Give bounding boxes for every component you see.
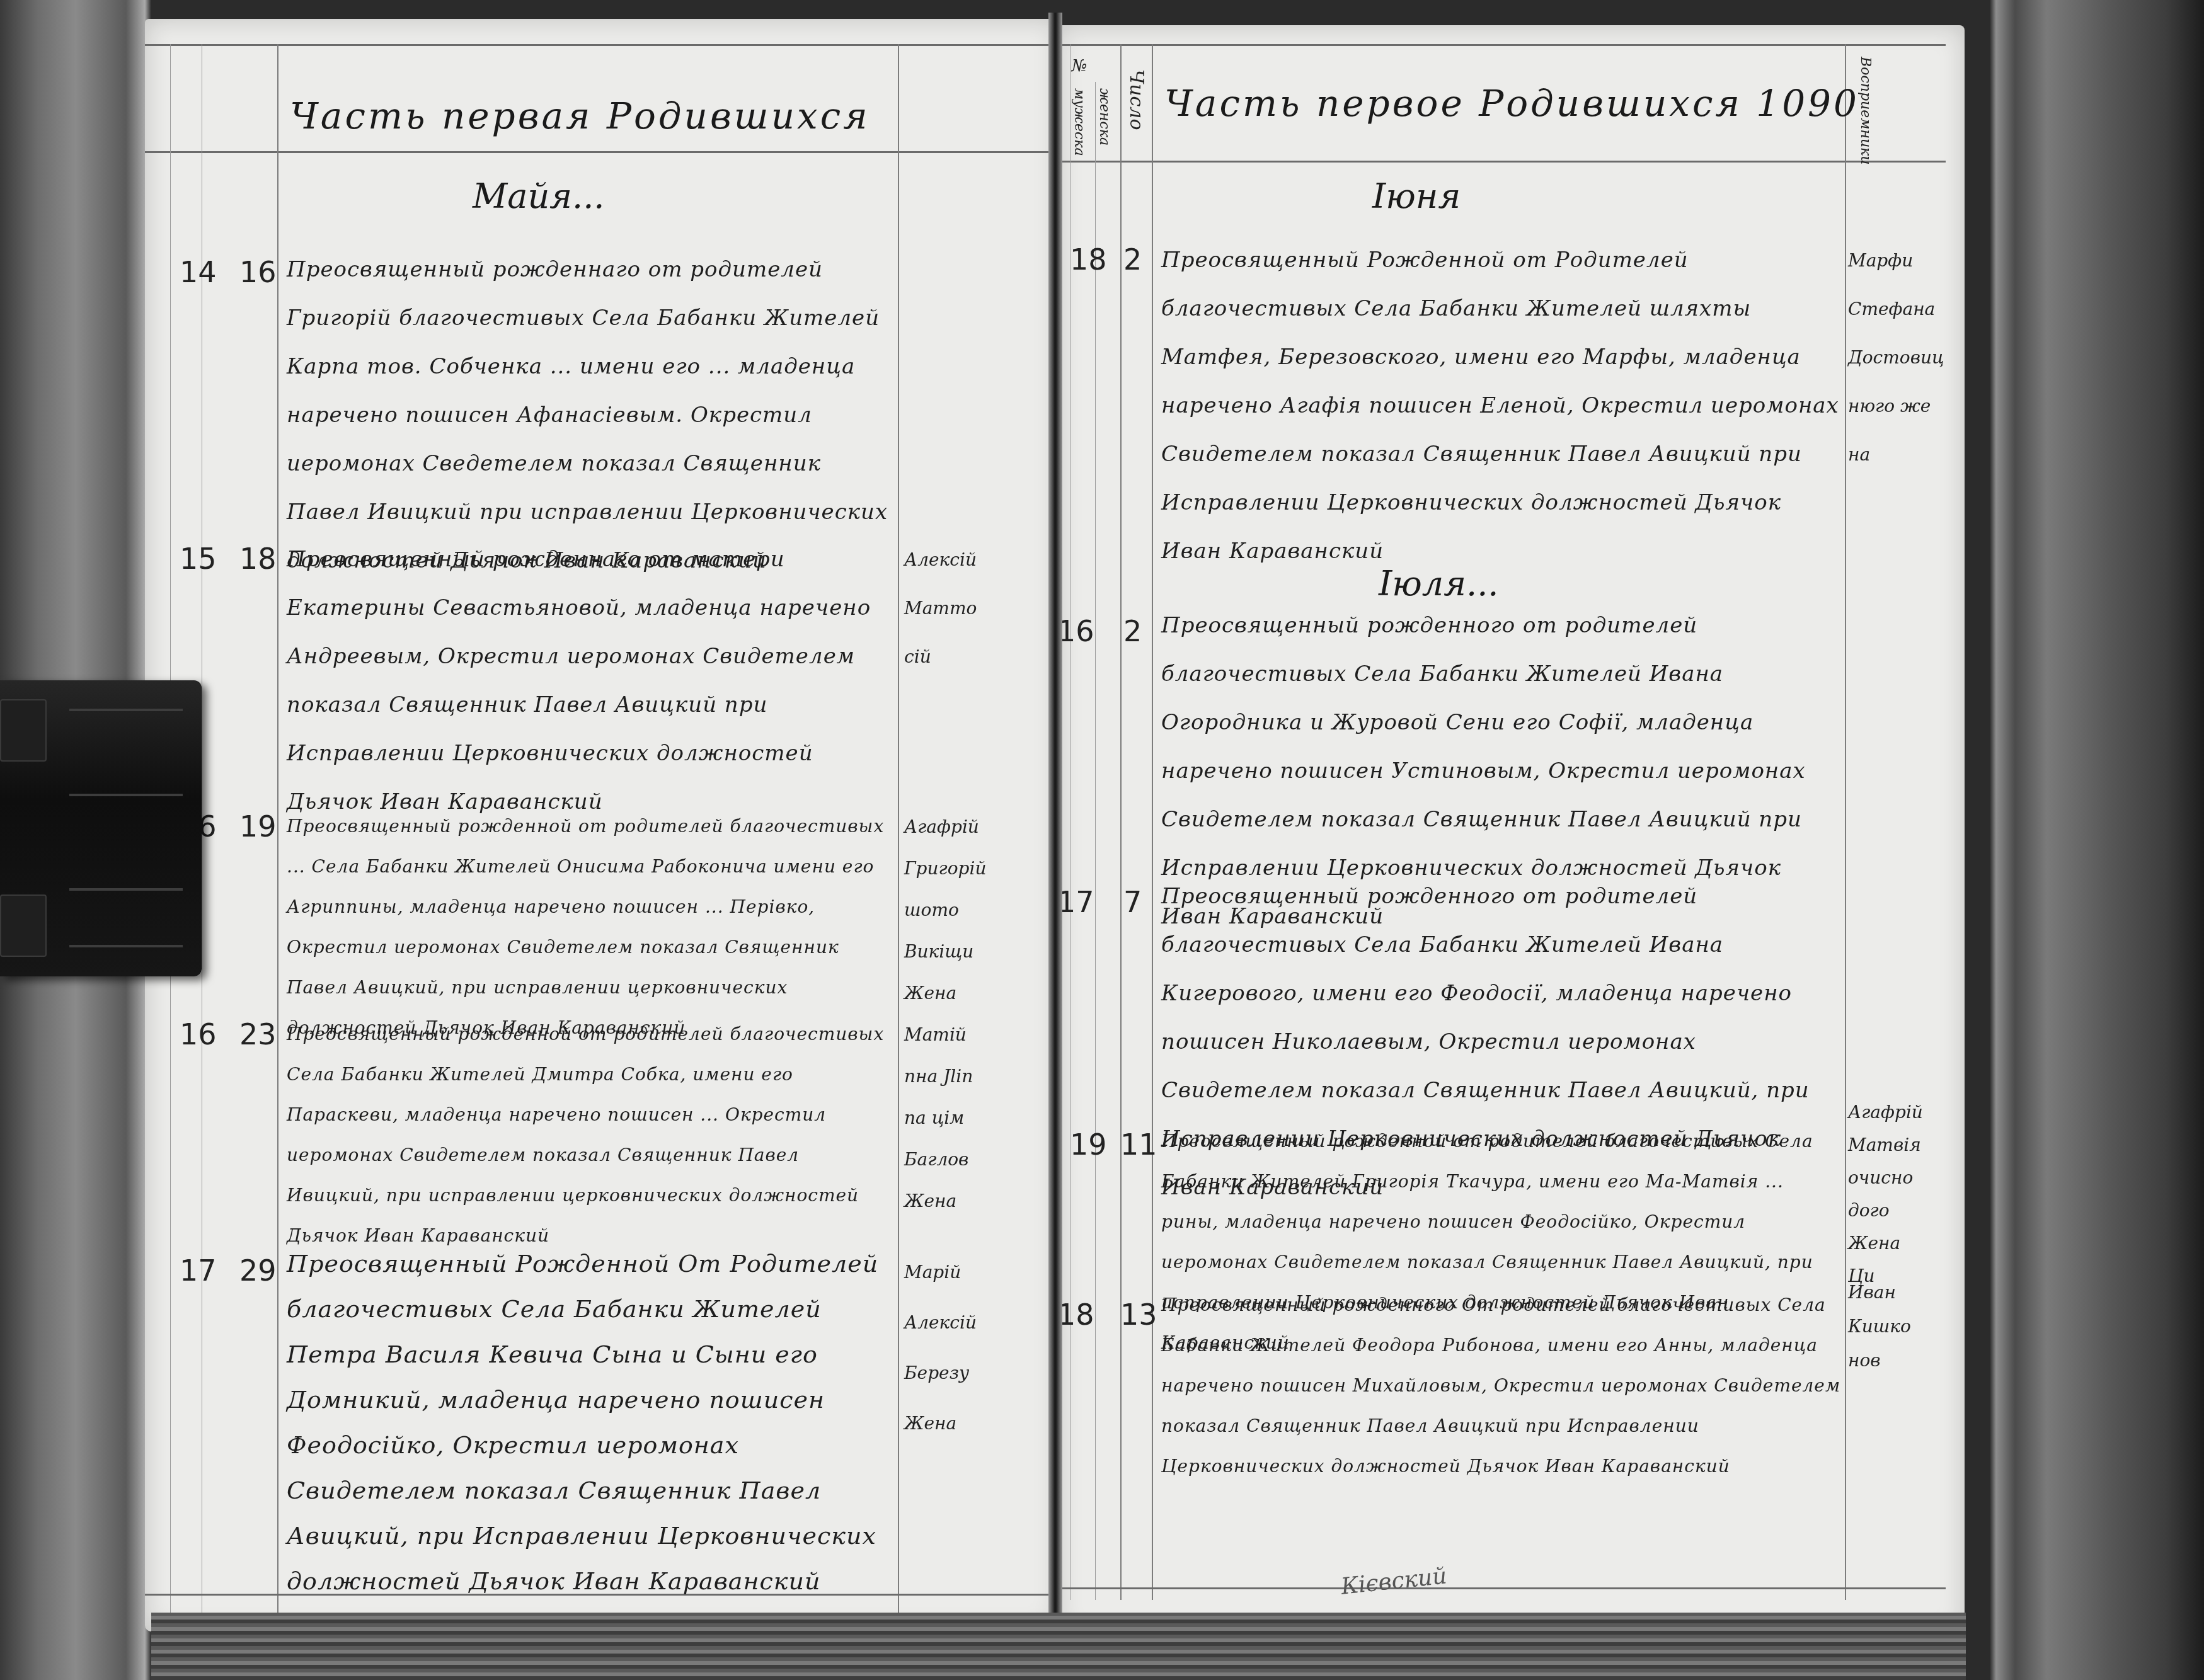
text-column-rule bbox=[1152, 44, 1153, 1600]
column-header-female: женска bbox=[1096, 88, 1112, 146]
page-edges-bottom bbox=[151, 1613, 1966, 1680]
page-header: Часть первая Родившихся bbox=[290, 94, 870, 137]
entry-number: 16 bbox=[180, 1017, 217, 1051]
column-rule bbox=[1070, 44, 1070, 1600]
notes-column-rule bbox=[1845, 44, 1846, 1600]
header-rule bbox=[1057, 161, 1946, 163]
clasp-ridge bbox=[69, 888, 183, 891]
entry-number: 14 bbox=[180, 255, 217, 289]
entry-day: 18 bbox=[239, 542, 277, 576]
godparents-note: Иван Кишко нов bbox=[1848, 1276, 1911, 1378]
entry-number: 15 bbox=[180, 542, 217, 576]
entry-day: 7 bbox=[1123, 885, 1142, 919]
entry-day: 11 bbox=[1120, 1128, 1157, 1162]
entry-number: 16 bbox=[1057, 614, 1094, 648]
month-heading: Іюля... bbox=[1379, 564, 1499, 603]
entry-number: 17 bbox=[1057, 885, 1094, 919]
right-page: № мужеска женска Число Восприемники Част… bbox=[1057, 25, 1965, 1638]
clasp-ridge bbox=[69, 945, 183, 947]
godparents-note: Агафрій Григорій шото Викіщи Жена bbox=[904, 806, 986, 1014]
entry-text: Преосвященный Рожденной От Родителей бла… bbox=[287, 1241, 892, 1604]
clasp-ridge bbox=[69, 794, 183, 796]
godparents-note: Матій пна Jlin па цім Баглов Жена bbox=[904, 1014, 973, 1222]
entry-text: Преосвященный рожденного От родителей бл… bbox=[1161, 1285, 1842, 1487]
month-heading: Іюня bbox=[1372, 176, 1461, 216]
notes-column-rule bbox=[898, 44, 899, 1619]
godparents-note: Марій Алексій Березу Жена bbox=[904, 1247, 977, 1449]
godparents-note: Агафрій Матвія очисно дого Жена Ци bbox=[1848, 1096, 1923, 1293]
entry-day: 23 bbox=[239, 1017, 277, 1051]
date-column-rule bbox=[277, 44, 278, 1619]
clasp-hinge bbox=[0, 699, 47, 762]
entry-day: 2 bbox=[1123, 243, 1142, 277]
entry-text: Преосвященный рожденной от родителей бла… bbox=[287, 1014, 892, 1256]
page-header: Часть первое Родившихся 1090 bbox=[1164, 82, 1859, 125]
date-column-rule bbox=[1120, 44, 1122, 1600]
clasp-hinge bbox=[0, 894, 47, 957]
top-rule bbox=[145, 44, 1052, 46]
column-header-date: Число bbox=[1125, 69, 1147, 130]
entry-number: 18 bbox=[1070, 243, 1107, 277]
entry-text: Преосвященный рожденнаго от матери Екате… bbox=[287, 535, 892, 826]
entry-number: 19 bbox=[1070, 1128, 1107, 1162]
entry-text: Преосвященный рожденной от родителей бла… bbox=[287, 806, 892, 1048]
left-page: Часть первая Родившихся Майя... 14 16 Пр… bbox=[145, 19, 1059, 1631]
godparents-note: Марфи Стефана Достовиц нюго же на bbox=[1848, 236, 1944, 479]
entry-day: 2 bbox=[1123, 614, 1142, 648]
header-rule bbox=[145, 151, 1052, 153]
entry-number: 17 bbox=[180, 1254, 217, 1288]
column-header-godparents: Восприемники bbox=[1857, 57, 1873, 164]
book-gutter bbox=[1048, 13, 1062, 1650]
entry-text: Преосвященный Рожденной от Родителей бла… bbox=[1161, 236, 1842, 576]
entry-day: 16 bbox=[239, 255, 277, 289]
column-header-male: мужеска bbox=[1071, 88, 1087, 156]
entry-number: 18 bbox=[1057, 1298, 1094, 1332]
entry-day: 29 bbox=[239, 1254, 277, 1288]
footer-signature: Кієвский bbox=[1340, 1563, 1448, 1599]
column-header-number: № bbox=[1070, 57, 1089, 76]
binding-clasp-icon bbox=[0, 680, 202, 976]
godparents-note: Алексій Матто сій bbox=[904, 535, 977, 681]
entry-day: 19 bbox=[239, 809, 277, 843]
entry-text: Преосвященный рожденнаго от родителей Гр… bbox=[287, 246, 898, 585]
entry-day: 13 bbox=[1120, 1298, 1157, 1332]
bottom-rule bbox=[1057, 1587, 1946, 1589]
top-rule bbox=[1057, 44, 1946, 46]
month-heading: Майя... bbox=[473, 176, 605, 216]
clasp-ridge bbox=[69, 709, 183, 711]
column-rule bbox=[1095, 82, 1096, 1600]
